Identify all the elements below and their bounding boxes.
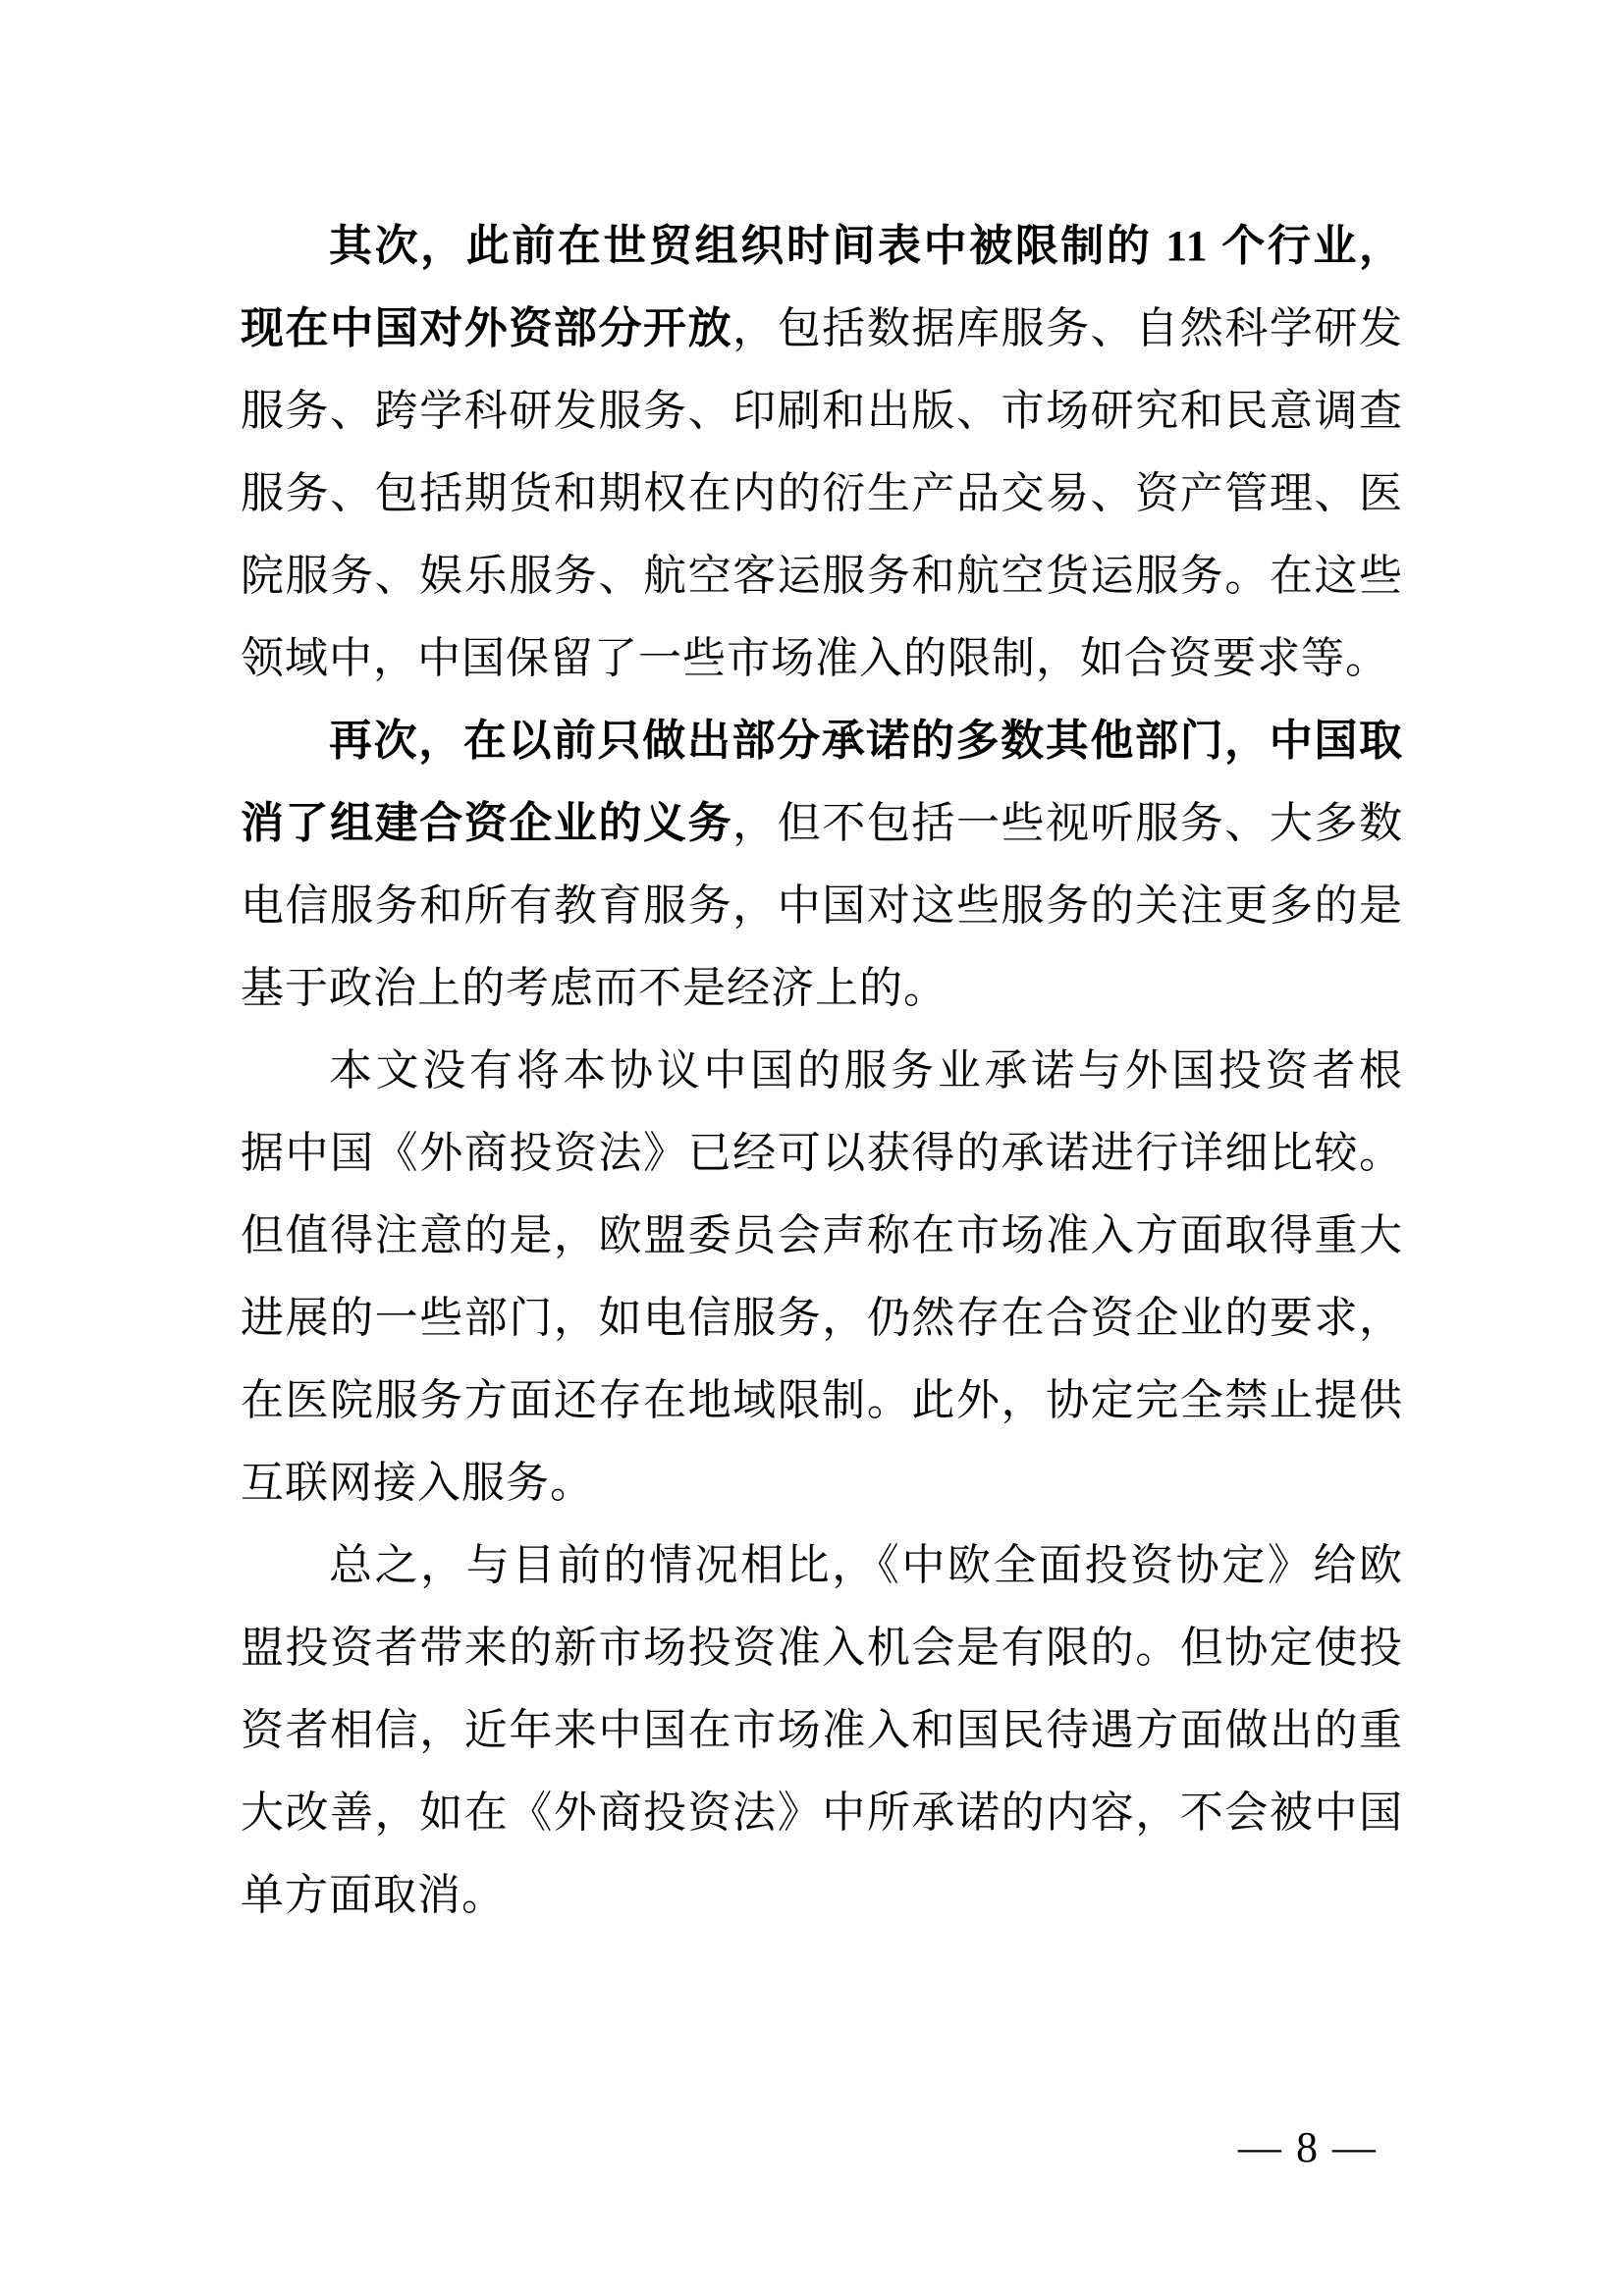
bold-text-segment: 现在中国对外资部分开放 xyxy=(241,304,732,352)
text-segment: 大改善，如在《外商投资法》中所承诺的内容，不会被中国 xyxy=(241,1789,1403,1837)
text-segment: 院服务、娱乐服务、航空客运服务和航空货运服务。在这些 xyxy=(241,552,1403,600)
text-segment: 但值得注意的是，欧盟委员会声称在市场准入方面取得重大 xyxy=(241,1211,1403,1259)
text-line: 总之，与目前的情况相比，《中欧全面投资协定》给欧 xyxy=(241,1524,1403,1607)
bold-text-segment: 其次，此前在世贸组织时间表中被限制的 11 个行业， xyxy=(329,222,1403,270)
text-line: 在医院服务方面还存在地域限制。此外，协定完全禁止提供 xyxy=(241,1360,1403,1442)
page-number: — 8 — xyxy=(1238,2123,1403,2171)
text-line: 服务、包括期货和期权在内的衍生产品交易、资产管理、医 xyxy=(241,453,1403,535)
text-segment: 电信服务和所有教育服务，中国对这些服务的关注更多的是 xyxy=(241,881,1403,930)
text-line: 据中国《外商投资法》已经可以获得的承诺进行详细比较。 xyxy=(241,1112,1403,1195)
text-line: 院服务、娱乐服务、航空客运服务和航空货运服务。在这些 xyxy=(241,535,1403,617)
text-line: 现在中国对外资部分开放，包括数据库服务、自然科学研发 xyxy=(241,288,1403,370)
text-line: 消了组建合资企业的义务，但不包括一些视听服务、大多数 xyxy=(241,782,1403,865)
text-line: 服务、跨学科研发服务、印刷和出版、市场研究和民意调查 xyxy=(241,370,1403,453)
text-line: 单方面取消。 xyxy=(241,1854,1403,1937)
text-segment: 单方面取消。 xyxy=(241,1871,506,1919)
text-segment: 服务、包括期货和期权在内的衍生产品交易、资产管理、医 xyxy=(241,469,1403,517)
text-line: 基于政治上的考虑而不是经济上的。 xyxy=(241,947,1403,1030)
text-segment: 互联网接入服务。 xyxy=(241,1459,594,1507)
text-segment: 本文没有将本协议中国的服务业承诺与外国投资者根 xyxy=(329,1046,1403,1095)
bold-text-segment: 消了组建合资企业的义务 xyxy=(241,799,732,847)
text-line: 资者相信，近年来中国在市场准入和国民待遇方面做出的重 xyxy=(241,1689,1403,1772)
text-segment: 盟投资者带来的新市场投资准入机会是有限的。但协定使投 xyxy=(241,1624,1403,1672)
text-segment: ，包括数据库服务、自然科学研发 xyxy=(732,304,1403,352)
text-segment: 在医院服务方面还存在地域限制。此外，协定完全禁止提供 xyxy=(241,1376,1403,1424)
document-page: 其次，此前在世贸组织时间表中被限制的 11 个行业，现在中国对外资部分开放，包括… xyxy=(0,0,1624,2296)
text-line: 电信服务和所有教育服务，中国对这些服务的关注更多的是 xyxy=(241,865,1403,947)
text-segment: 服务、跨学科研发服务、印刷和出版、市场研究和民意调查 xyxy=(241,387,1403,435)
text-line: 盟投资者带来的新市场投资准入机会是有限的。但协定使投 xyxy=(241,1607,1403,1689)
text-segment: 据中国《外商投资法》已经可以获得的承诺进行详细比较。 xyxy=(241,1129,1403,1177)
text-line: 本文没有将本协议中国的服务业承诺与外国投资者根 xyxy=(241,1030,1403,1112)
text-segment: 资者相信，近年来中国在市场准入和国民待遇方面做出的重 xyxy=(241,1706,1403,1754)
text-segment: 领域中，中国保留了一些市场准入的限制，如合资要求等。 xyxy=(241,634,1389,682)
page-footer: — 8 — xyxy=(241,2107,1403,2189)
text-segment: 基于政治上的考虑而不是经济上的。 xyxy=(241,964,947,1012)
bold-text-segment: 再次，在以前只做出部分承诺的多数其他部门，中国取 xyxy=(329,717,1403,765)
text-line: 领域中，中国保留了一些市场准入的限制，如合资要求等。 xyxy=(241,617,1403,700)
text-line: 互联网接入服务。 xyxy=(241,1442,1403,1524)
text-segment: 进展的一些部门，如电信服务，仍然存在合资企业的要求， xyxy=(241,1294,1403,1342)
body-text-block: 其次，此前在世贸组织时间表中被限制的 11 个行业，现在中国对外资部分开放，包括… xyxy=(241,205,1403,1937)
text-line: 其次，此前在世贸组织时间表中被限制的 11 个行业， xyxy=(241,205,1403,288)
text-line: 进展的一些部门，如电信服务，仍然存在合资企业的要求， xyxy=(241,1277,1403,1360)
text-line: 但值得注意的是，欧盟委员会声称在市场准入方面取得重大 xyxy=(241,1195,1403,1277)
text-line: 再次，在以前只做出部分承诺的多数其他部门，中国取 xyxy=(241,700,1403,782)
text-line: 大改善，如在《外商投资法》中所承诺的内容，不会被中国 xyxy=(241,1772,1403,1854)
text-segment: 总之，与目前的情况相比，《中欧全面投资协定》给欧 xyxy=(329,1541,1403,1589)
text-segment: ，但不包括一些视听服务、大多数 xyxy=(732,799,1403,847)
